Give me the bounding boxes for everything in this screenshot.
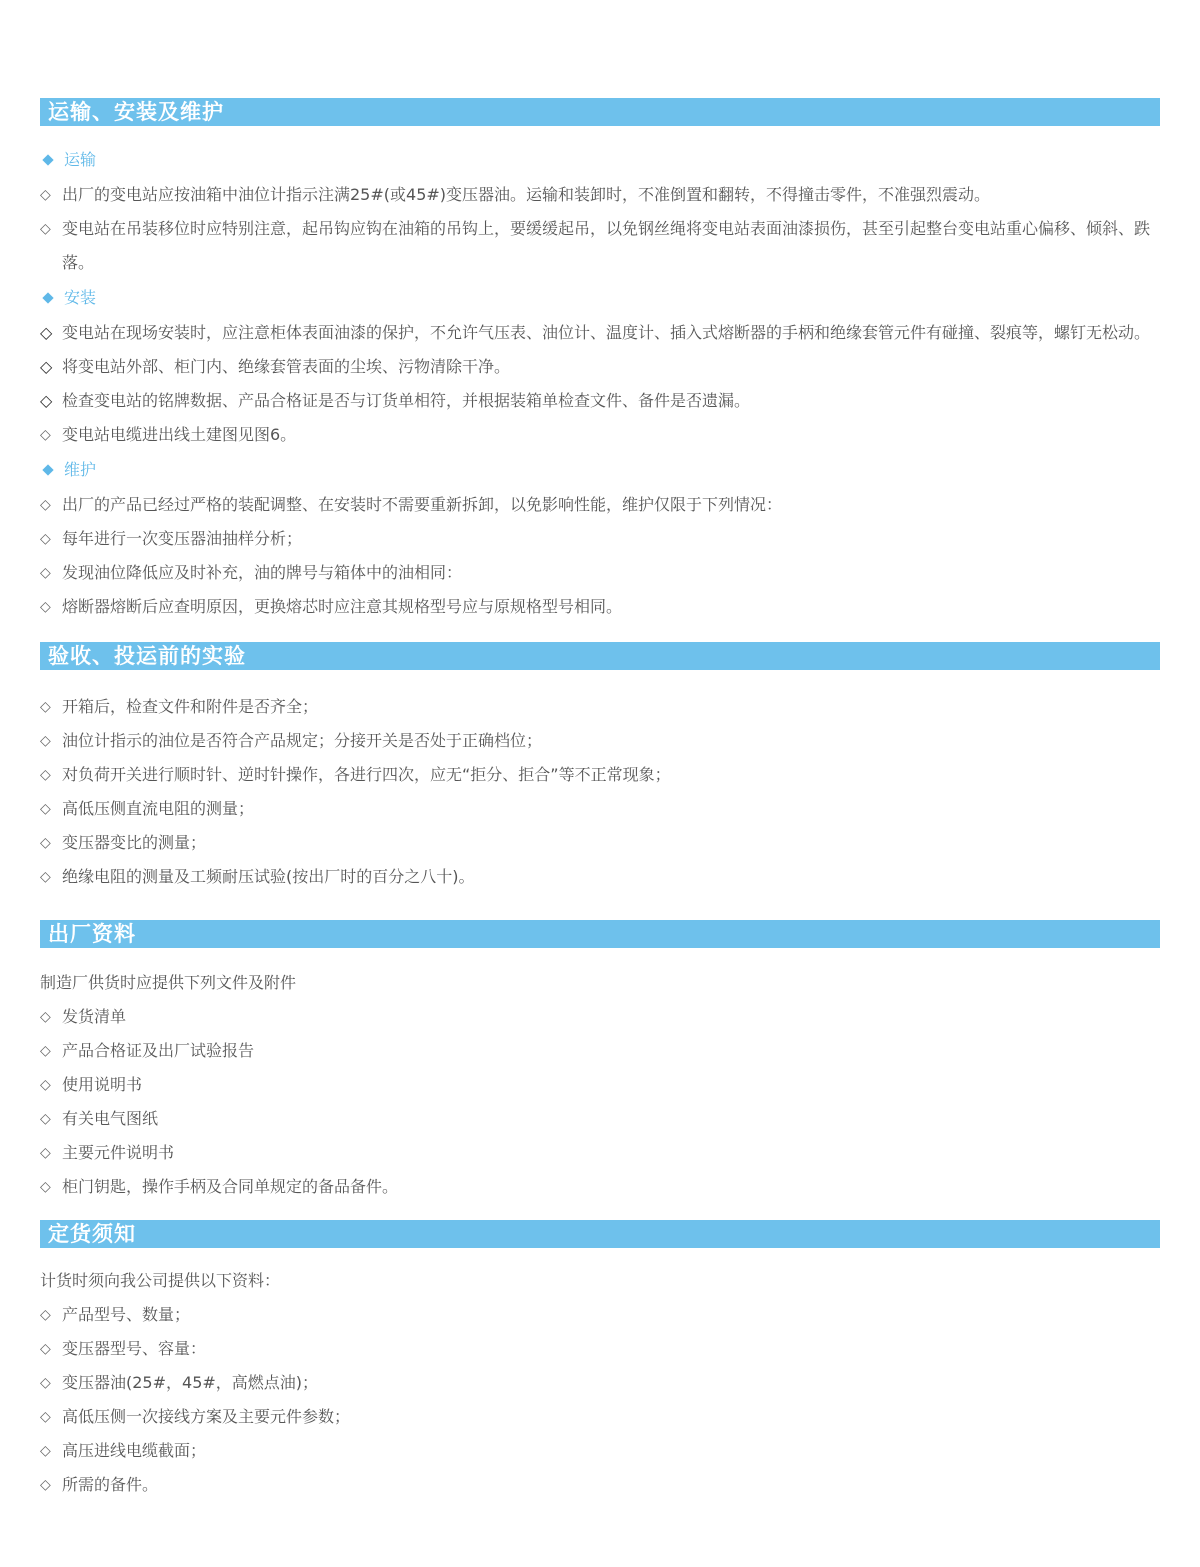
diamond-outline-icon: ◇ bbox=[40, 860, 62, 894]
subheading-label: 运输 bbox=[64, 142, 96, 178]
diamond-outline-icon: ◇ bbox=[40, 1468, 62, 1502]
diamond-filled-icon bbox=[42, 464, 53, 475]
list-item: ◇柜门钥匙，操作手柄及合同单规定的备品备件。 bbox=[40, 1170, 1160, 1204]
subheading-install: 安装 bbox=[40, 280, 1160, 316]
diamond-outline-icon: ◇ bbox=[40, 1068, 62, 1102]
list-item: ◇对负荷开关进行顺时针、逆时针操作，各进行四次，应无“拒分、拒合”等不正常现象； bbox=[40, 758, 1160, 792]
list-item: ◇出厂的产品已经过严格的装配调整、在安装时不需要重新拆卸，以免影响性能，维护仅限… bbox=[40, 488, 1160, 522]
diamond-outline-icon: ◇ bbox=[40, 212, 62, 280]
diamond-outline-icon: ◇ bbox=[40, 1332, 62, 1366]
list-item: ◇发货清单 bbox=[40, 1000, 1160, 1034]
diamond-outline-icon: ◇ bbox=[40, 1034, 62, 1068]
list-item: ◇变压器变比的测量； bbox=[40, 826, 1160, 860]
list-item: ◇主要元件说明书 bbox=[40, 1136, 1160, 1170]
diamond-outline-icon: ◇ bbox=[40, 826, 62, 860]
diamond-outline-icon: ◇ bbox=[40, 1434, 62, 1468]
section-header-ordering-notes: 定货须知 bbox=[40, 1220, 1160, 1248]
diamond-outline-icon: ◇ bbox=[40, 690, 62, 724]
section-header-factory-documents: 出厂资料 bbox=[40, 920, 1160, 948]
subheading-maintain: 维护 bbox=[40, 452, 1160, 488]
list-item: ◇检查变电站的铭牌数据、产品合格证是否与订货单相符，并根据装箱单检查文件、备件是… bbox=[40, 384, 1160, 418]
diamond-outline-icon: ◇ bbox=[40, 350, 62, 384]
diamond-outline-icon: ◇ bbox=[40, 758, 62, 792]
diamond-outline-icon: ◇ bbox=[40, 724, 62, 758]
list-item: ◇变压器油(25#，45#，高燃点油)； bbox=[40, 1366, 1160, 1400]
list-item: ◇发现油位降低应及时补充，油的牌号与箱体中的油相同： bbox=[40, 556, 1160, 590]
section-header-transport-install-maintain: 运输、安装及维护 bbox=[40, 98, 1160, 126]
diamond-outline-icon: ◇ bbox=[40, 1170, 62, 1204]
diamond-filled-icon bbox=[42, 292, 53, 303]
subheading-transport: 运输 bbox=[40, 142, 1160, 178]
subheading-label: 安装 bbox=[64, 280, 96, 316]
diamond-outline-icon: ◇ bbox=[40, 178, 62, 212]
list-item: ◇变压器型号、容量： bbox=[40, 1332, 1160, 1366]
list-item: ◇开箱后，检查文件和附件是否齐全； bbox=[40, 690, 1160, 724]
diamond-outline-icon: ◇ bbox=[40, 1298, 62, 1332]
list-item: ◇产品型号、数量； bbox=[40, 1298, 1160, 1332]
list-item: ◇油位计指示的油位是否符合产品规定；分接开关是否处于正确档位； bbox=[40, 724, 1160, 758]
list-item: ◇所需的备件。 bbox=[40, 1468, 1160, 1502]
diamond-outline-icon: ◇ bbox=[40, 590, 62, 624]
section-header-acceptance-tests: 验收、投运前的实验 bbox=[40, 642, 1160, 670]
diamond-outline-icon: ◇ bbox=[40, 316, 62, 350]
list-item: ◇变电站在吊装移位时应特别注意，起吊钩应钩在油箱的吊钩上，要缓缓起吊，以免钢丝绳… bbox=[40, 212, 1160, 280]
diamond-outline-icon: ◇ bbox=[40, 522, 62, 556]
diamond-outline-icon: ◇ bbox=[40, 1102, 62, 1136]
diamond-outline-icon: ◇ bbox=[40, 556, 62, 590]
diamond-outline-icon: ◇ bbox=[40, 488, 62, 522]
diamond-outline-icon: ◇ bbox=[40, 1136, 62, 1170]
list-item: ◇绝缘电阻的测量及工频耐压试验(按出厂时的百分之八十)。 bbox=[40, 860, 1160, 894]
diamond-outline-icon: ◇ bbox=[40, 384, 62, 418]
document-page: 运输、安装及维护 运输 ◇出厂的变电站应按油箱中油位计指示注满25#(或45#)… bbox=[40, 98, 1160, 1502]
list-item: ◇出厂的变电站应按油箱中油位计指示注满25#(或45#)变压器油。运输和装卸时，… bbox=[40, 178, 1160, 212]
list-item: ◇使用说明书 bbox=[40, 1068, 1160, 1102]
list-item: ◇高低压侧直流电阻的测量； bbox=[40, 792, 1160, 826]
list-item: ◇将变电站外部、柜门内、绝缘套管表面的尘埃、污物清除干净。 bbox=[40, 350, 1160, 384]
list-item: ◇产品合格证及出厂试验报告 bbox=[40, 1034, 1160, 1068]
list-item: ◇有关电气图纸 bbox=[40, 1102, 1160, 1136]
diamond-outline-icon: ◇ bbox=[40, 418, 62, 452]
subheading-label: 维护 bbox=[64, 452, 96, 488]
list-item: ◇高压进线电缆截面； bbox=[40, 1434, 1160, 1468]
list-item: ◇高低压侧一次接线方案及主要元件参数； bbox=[40, 1400, 1160, 1434]
diamond-filled-icon bbox=[42, 154, 53, 165]
diamond-outline-icon: ◇ bbox=[40, 792, 62, 826]
diamond-outline-icon: ◇ bbox=[40, 1000, 62, 1034]
list-item: ◇变电站在现场安装时，应注意柜体表面油漆的保护，不允许气压表、油位计、温度计、插… bbox=[40, 316, 1160, 350]
list-item: ◇每年进行一次变压器油抽样分析； bbox=[40, 522, 1160, 556]
section-intro: 计货时须向我公司提供以下资料： bbox=[40, 1264, 1160, 1298]
list-item: ◇熔断器熔断后应查明原因，更换熔芯时应注意其规格型号应与原规格型号相同。 bbox=[40, 590, 1160, 624]
diamond-outline-icon: ◇ bbox=[40, 1366, 62, 1400]
diamond-outline-icon: ◇ bbox=[40, 1400, 62, 1434]
section-intro: 制造厂供货时应提供下列文件及附件 bbox=[40, 966, 1160, 1000]
list-item: ◇变电站电缆进出线土建图见图6。 bbox=[40, 418, 1160, 452]
